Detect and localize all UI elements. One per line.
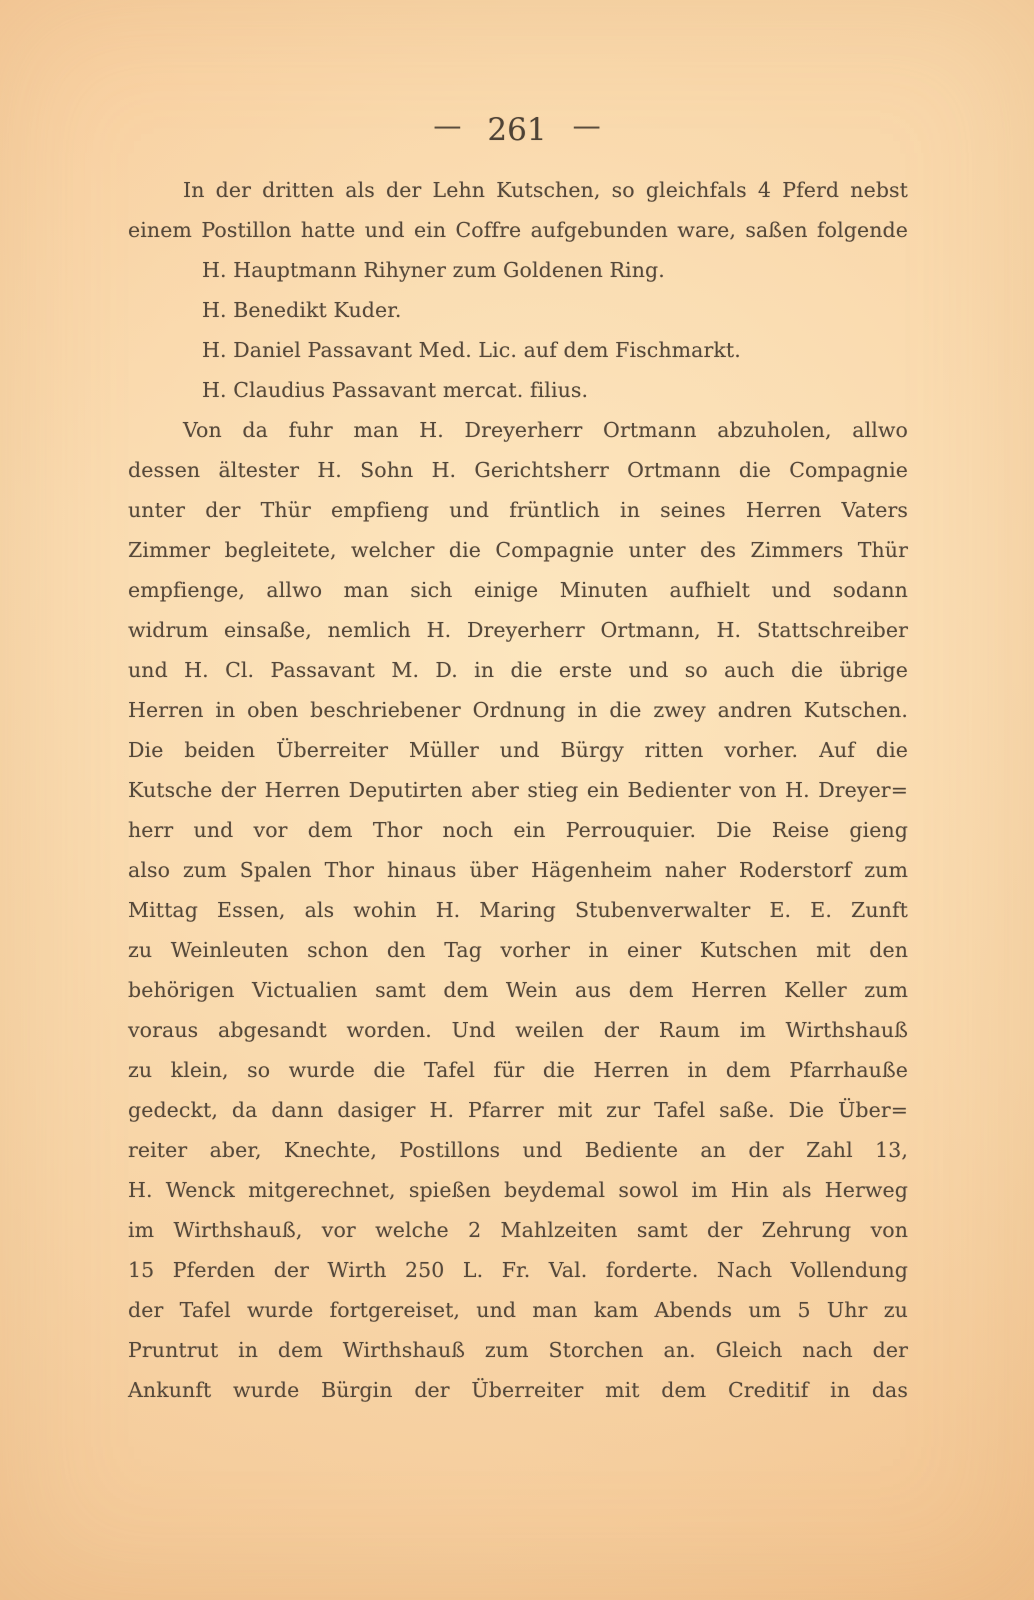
text-line: Mittag Essen, als wohin H. Maring Stuben…: [128, 890, 908, 930]
text-line: Herren in oben beschriebener Ordnung in …: [128, 690, 908, 730]
text-line: unter der Thür empfieng und früntlich in…: [128, 490, 908, 530]
text-line: einem Postillon hatte und ein Coffre auf…: [128, 210, 908, 250]
text-line: Zimmer begleitete, welcher die Compagnie…: [128, 530, 908, 570]
text-line: zu Weinleuten schon den Tag vorher in ei…: [128, 930, 908, 970]
text-line: In der dritten als der Lehn Kutschen, so…: [128, 170, 908, 210]
text-line: Die beiden Überreiter Müller und Bürgy r…: [128, 730, 908, 770]
text-line: im Wirthshauß, vor welche 2 Mahlzeiten s…: [128, 1210, 908, 1250]
text-line: herr und vor dem Thor noch ein Perrouqui…: [128, 810, 908, 850]
text-line: empfienge, allwo man sich einige Minuten…: [128, 570, 908, 610]
text-line: reiter aber, Knechte, Postillons und Bed…: [128, 1130, 908, 1170]
book-page: —261— In der dritten als der Lehn Kutsch…: [0, 0, 1034, 1600]
text-block: In der dritten als der Lehn Kutschen, so…: [128, 170, 908, 1410]
text-line: H. Hauptmann Rihyner zum Goldenen Ring.: [128, 250, 908, 290]
header-right-dash: —: [573, 109, 601, 142]
text-line: behörigen Victualien samt dem Wein aus d…: [128, 970, 908, 1010]
text-line: Kutsche der Herren Deputirten aber stieg…: [128, 770, 908, 810]
header-left-dash: —: [433, 109, 461, 142]
text-line: voraus abgesandt worden. Und weilen der …: [128, 1010, 908, 1050]
page-header: —261—: [0, 112, 1034, 148]
text-line: gedeckt, da dann dasiger H. Pfarrer mit …: [128, 1090, 908, 1130]
text-line: der Tafel wurde fortgereiset, und man ka…: [128, 1290, 908, 1330]
text-line: 15 Pferden der Wirth 250 L. Fr. Val. for…: [128, 1250, 908, 1290]
text-line: H. Claudius Passavant mercat. filius.: [128, 370, 908, 410]
text-line: H. Daniel Passavant Med. Lic. auf dem Fi…: [128, 330, 908, 370]
text-line: widrum einsaße, nemlich H. Dreyerherr Or…: [128, 610, 908, 650]
text-line: H. Wenck mitgerechnet, spießen beydemal …: [128, 1170, 908, 1210]
page-number: 261: [487, 112, 546, 148]
text-line: Ankunft wurde Bürgin der Überreiter mit …: [128, 1370, 908, 1410]
text-line: Pruntrut in dem Wirthshauß zum Storchen …: [128, 1330, 908, 1370]
text-line: H. Benedikt Kuder.: [128, 290, 908, 330]
text-line: dessen ältester H. Sohn H. Gerichtsherr …: [128, 450, 908, 490]
text-line: zu klein, so wurde die Tafel für die Her…: [128, 1050, 908, 1090]
text-line: Von da fuhr man H. Dreyerherr Ortmann ab…: [128, 410, 908, 450]
text-line: und H. Cl. Passavant M. D. in die erste …: [128, 650, 908, 690]
text-line: also zum Spalen Thor hinaus über Hägenhe…: [128, 850, 908, 890]
